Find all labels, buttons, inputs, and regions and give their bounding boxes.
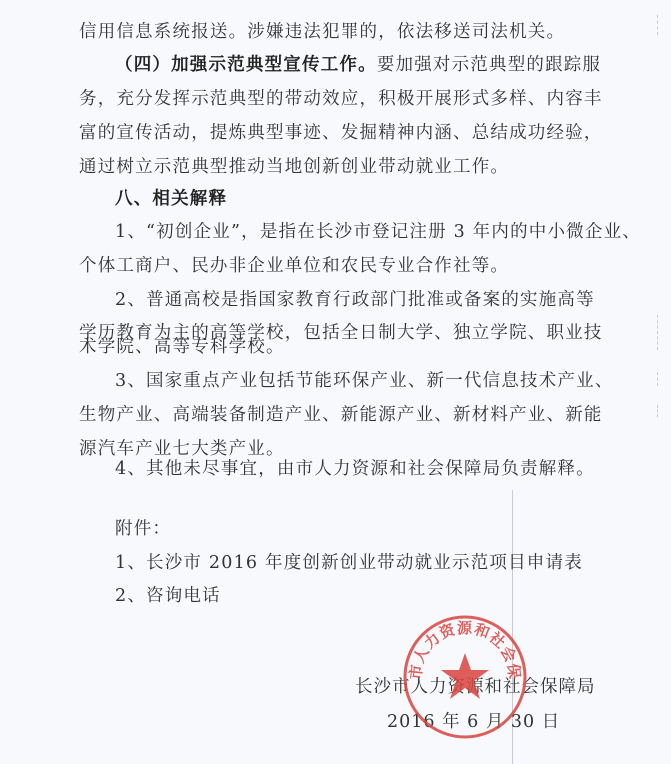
paragraph-text: 要加强对示范典型的跟踪服 [377, 55, 601, 75]
issuer-name: 长沙市人力资源和社会保障局 [355, 675, 596, 699]
paragraph-line: 个体工商户、民办非企业单位和农民专业合作社等。 [79, 254, 599, 278]
paragraph-line: 生物产业、高端装备制造产业、新能源产业、新材料产业、新能 [79, 403, 599, 427]
paragraph-line: 通过树立示范典型推动当地创新创业带动就业工作。 [79, 155, 599, 179]
paragraph-line: 富的宣传活动，提炼典型事迹、发掘精神内涵、总结成功经验， [79, 121, 599, 145]
subsection-heading: （四）加强示范典型宣传工作。 [115, 55, 377, 75]
paragraph-line: 术学院、高等专科学校。 [79, 335, 599, 359]
scan-artifact-mark [657, 405, 659, 417]
paragraph-line: 4、其他未尽事宜，由市人力资源和社会保障局负责解释。 [115, 457, 635, 481]
section-heading: 八、相关解释 [115, 187, 635, 211]
paragraph-line: 3、国家重点产业包括节能环保产业、新一代信息技术产业、 [115, 369, 635, 393]
paragraph-line: 2、普通高校是指国家教育行政部门批准或备案的实施高等 [115, 288, 635, 312]
issue-date: 2016 年 6 月 30 日 [387, 710, 560, 734]
attachments-label: 附件： [115, 517, 635, 541]
svg-text:长沙市人力资源和社会保障局: 长沙市人力资源和社会保障局 [401, 613, 524, 681]
scan-artifact-mark [657, 372, 659, 386]
paragraph-line: 信用信息系统报送。涉嫌违法犯罪的，依法移送司法机关。 [79, 20, 599, 44]
attachment-item: 1、长沙市 2016 年度创新创业带动就业示范项目申请表 [115, 551, 635, 575]
attachment-item: 2、咨询电话 [115, 584, 635, 608]
scan-artifact-mark [657, 315, 659, 350]
paragraph-line: 1、“初创企业”，是指在长沙市登记注册 3 年内的中小微企业、 [115, 220, 635, 244]
scan-artifact-mark [657, 15, 659, 35]
paragraph-line: （四）加强示范典型宣传工作。要加强对示范典型的跟踪服 [115, 53, 635, 77]
paragraph-line: 务，充分发挥示范典型的带动效应，积极开展形式多样、内容丰 [79, 87, 599, 111]
seal-text: 长沙市人力资源和社会保障局 [401, 613, 524, 681]
